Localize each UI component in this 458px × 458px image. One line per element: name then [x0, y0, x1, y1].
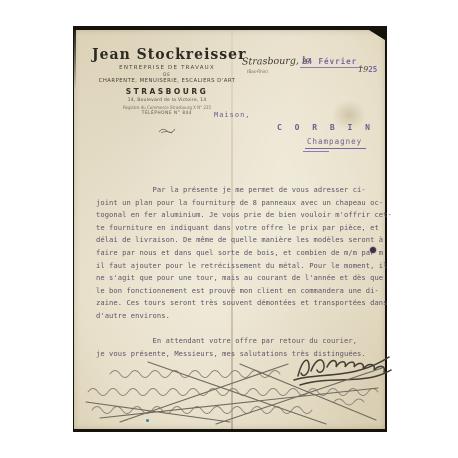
typed-line: togonal en fer aluminium. Je vous prie d…: [96, 209, 388, 222]
letterhead-ornament-icon: [92, 120, 242, 139]
recipient-city: Champagney: [305, 137, 366, 149]
scanned-letter-photo: Jean Stockreisser ENTREPRISE DE TRAVAUX …: [0, 0, 458, 458]
letterhead-address: 14, Boulevard de la Victoire, 14: [92, 98, 242, 103]
typed-line: délai de livraison. De même de quelle ma…: [96, 234, 388, 247]
recipient-city-underline: [303, 151, 329, 152]
letterhead-city: STRASBOURG: [92, 87, 242, 96]
dateline-year: 1925: [358, 57, 377, 76]
typed-line: [96, 323, 388, 336]
typed-line: il faut ajouter pour le retrécissement d…: [96, 260, 388, 273]
typed-line: faire par nous et dans quel sorte de boi…: [96, 247, 388, 260]
typed-line: ne s'agit que pour une tour, mais au cou…: [96, 272, 388, 285]
recipient-name: C O R B I N: [277, 123, 374, 132]
typed-line: En attendant votre offre par retour du c…: [96, 335, 388, 348]
letterhead-registry: Registre du Commerce Strasbourg X N° 225: [92, 105, 242, 110]
typed-line: le bon fonctionnement est prouvé mon cli…: [96, 285, 388, 298]
dateline-typed-date: 24 Février: [300, 57, 363, 68]
recipient-salutation: Maison,: [214, 111, 251, 119]
dateline-region-printed: (Bas-Rhin): [247, 69, 268, 74]
letterhead-subtitle: ENTREPRISE DE TRAVAUX: [92, 65, 242, 71]
pencil-notes-crossed-out: [82, 358, 384, 436]
dateline-typed-year: 25: [368, 65, 377, 74]
typed-line: te fourniture en indiquant dans votre of…: [96, 222, 388, 235]
letterhead-subtitle: CHARPENTE, MENUISERIE, ESCALIERS D'ART: [78, 78, 256, 84]
letter-body: Par la présente je me permet de vous adr…: [96, 184, 388, 360]
typed-line: joint un plan pour la fourniture de 8 pa…: [96, 197, 388, 210]
dateline-year-prefix: 19: [358, 65, 368, 74]
typed-line: zaine. Ces tours seront très souvent dém…: [96, 297, 388, 310]
letter-paper: Jean Stockreisser ENTREPRISE DE TRAVAUX …: [74, 30, 385, 429]
paper-edge-shadow: [74, 30, 76, 90]
letterhead-subtitle: DE: [92, 72, 242, 77]
typed-line: Par la présente je me permet de vous adr…: [96, 184, 388, 197]
ink-blot: [370, 247, 376, 253]
ink-dot: [146, 419, 149, 422]
letterhead-company-name: Jean Stockreisser: [92, 47, 242, 64]
paper-corner-notch: [369, 30, 385, 40]
typed-line: d'autre environs.: [96, 310, 388, 323]
photo-backdrop: Jean Stockreisser ENTREPRISE DE TRAVAUX …: [73, 26, 387, 432]
